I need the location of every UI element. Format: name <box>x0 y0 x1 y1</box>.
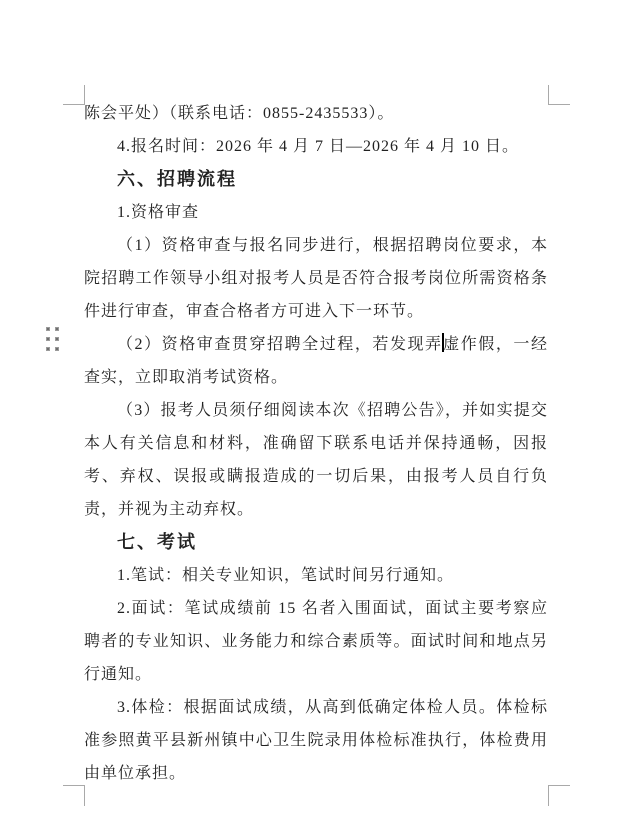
doc-paragraph-review-1[interactable]: （1）资格审查与报名同步进行，根据招聘岗位要求，本院招聘工作领导小组对报考人员是… <box>84 229 548 328</box>
section-heading-recruitment-process[interactable]: 六、招聘流程 <box>84 163 548 196</box>
doc-paragraph-interview[interactable]: 2.面试：笔试成绩前 15 名者入围面试，面试主要考察应聘者的专业知识、业务能力… <box>84 592 548 691</box>
handle-dot <box>46 347 50 351</box>
crop-mark-bottom-left <box>63 785 85 806</box>
crop-mark-bottom-right <box>548 785 570 806</box>
crop-mark-top-left <box>63 85 85 105</box>
document-page: 陈会平处）（联系电话：0855-2435533）。 4.报名时间：2026 年 … <box>0 0 634 827</box>
doc-text-segment: （2）资格审查贯穿招聘全过程，若发现弄 <box>117 336 443 353</box>
doc-paragraph-review-2[interactable]: （2）资格审查贯穿招聘全过程，若发现弄虚作假，一经查实，立即取消考试资格。 <box>84 328 548 394</box>
section-heading-exam[interactable]: 七、考试 <box>84 526 548 559</box>
handle-dot <box>55 337 59 341</box>
handle-dot <box>46 337 50 341</box>
doc-line-registration-time[interactable]: 4.报名时间：2026 年 4 月 7 日—2026 年 4 月 10 日。 <box>84 130 548 163</box>
crop-mark-top-right <box>548 85 570 105</box>
paragraph-drag-handle-icon[interactable] <box>46 327 59 351</box>
doc-paragraph-written-test[interactable]: 1.笔试：相关专业知识，笔试时间另行通知。 <box>84 559 548 592</box>
doc-paragraph-physical-exam[interactable]: 3.体检：根据面试成绩，从高到低确定体检人员。体检标准参照黄平县新州镇中心卫生院… <box>84 691 548 790</box>
document-edit-area[interactable]: 陈会平处）（联系电话：0855-2435533）。 4.报名时间：2026 年 … <box>84 97 548 790</box>
doc-paragraph-review-3[interactable]: （3）报考人员须仔细阅读本次《招聘公告》，并如实提交本人有关信息和材料，准确留下… <box>84 394 548 526</box>
handle-dot <box>55 347 59 351</box>
doc-line-contact-phone[interactable]: 陈会平处）（联系电话：0855-2435533）。 <box>84 97 548 130</box>
handle-dot <box>55 327 59 331</box>
handle-dot <box>46 327 50 331</box>
doc-line-qualification-review[interactable]: 1.资格审查 <box>84 196 548 229</box>
